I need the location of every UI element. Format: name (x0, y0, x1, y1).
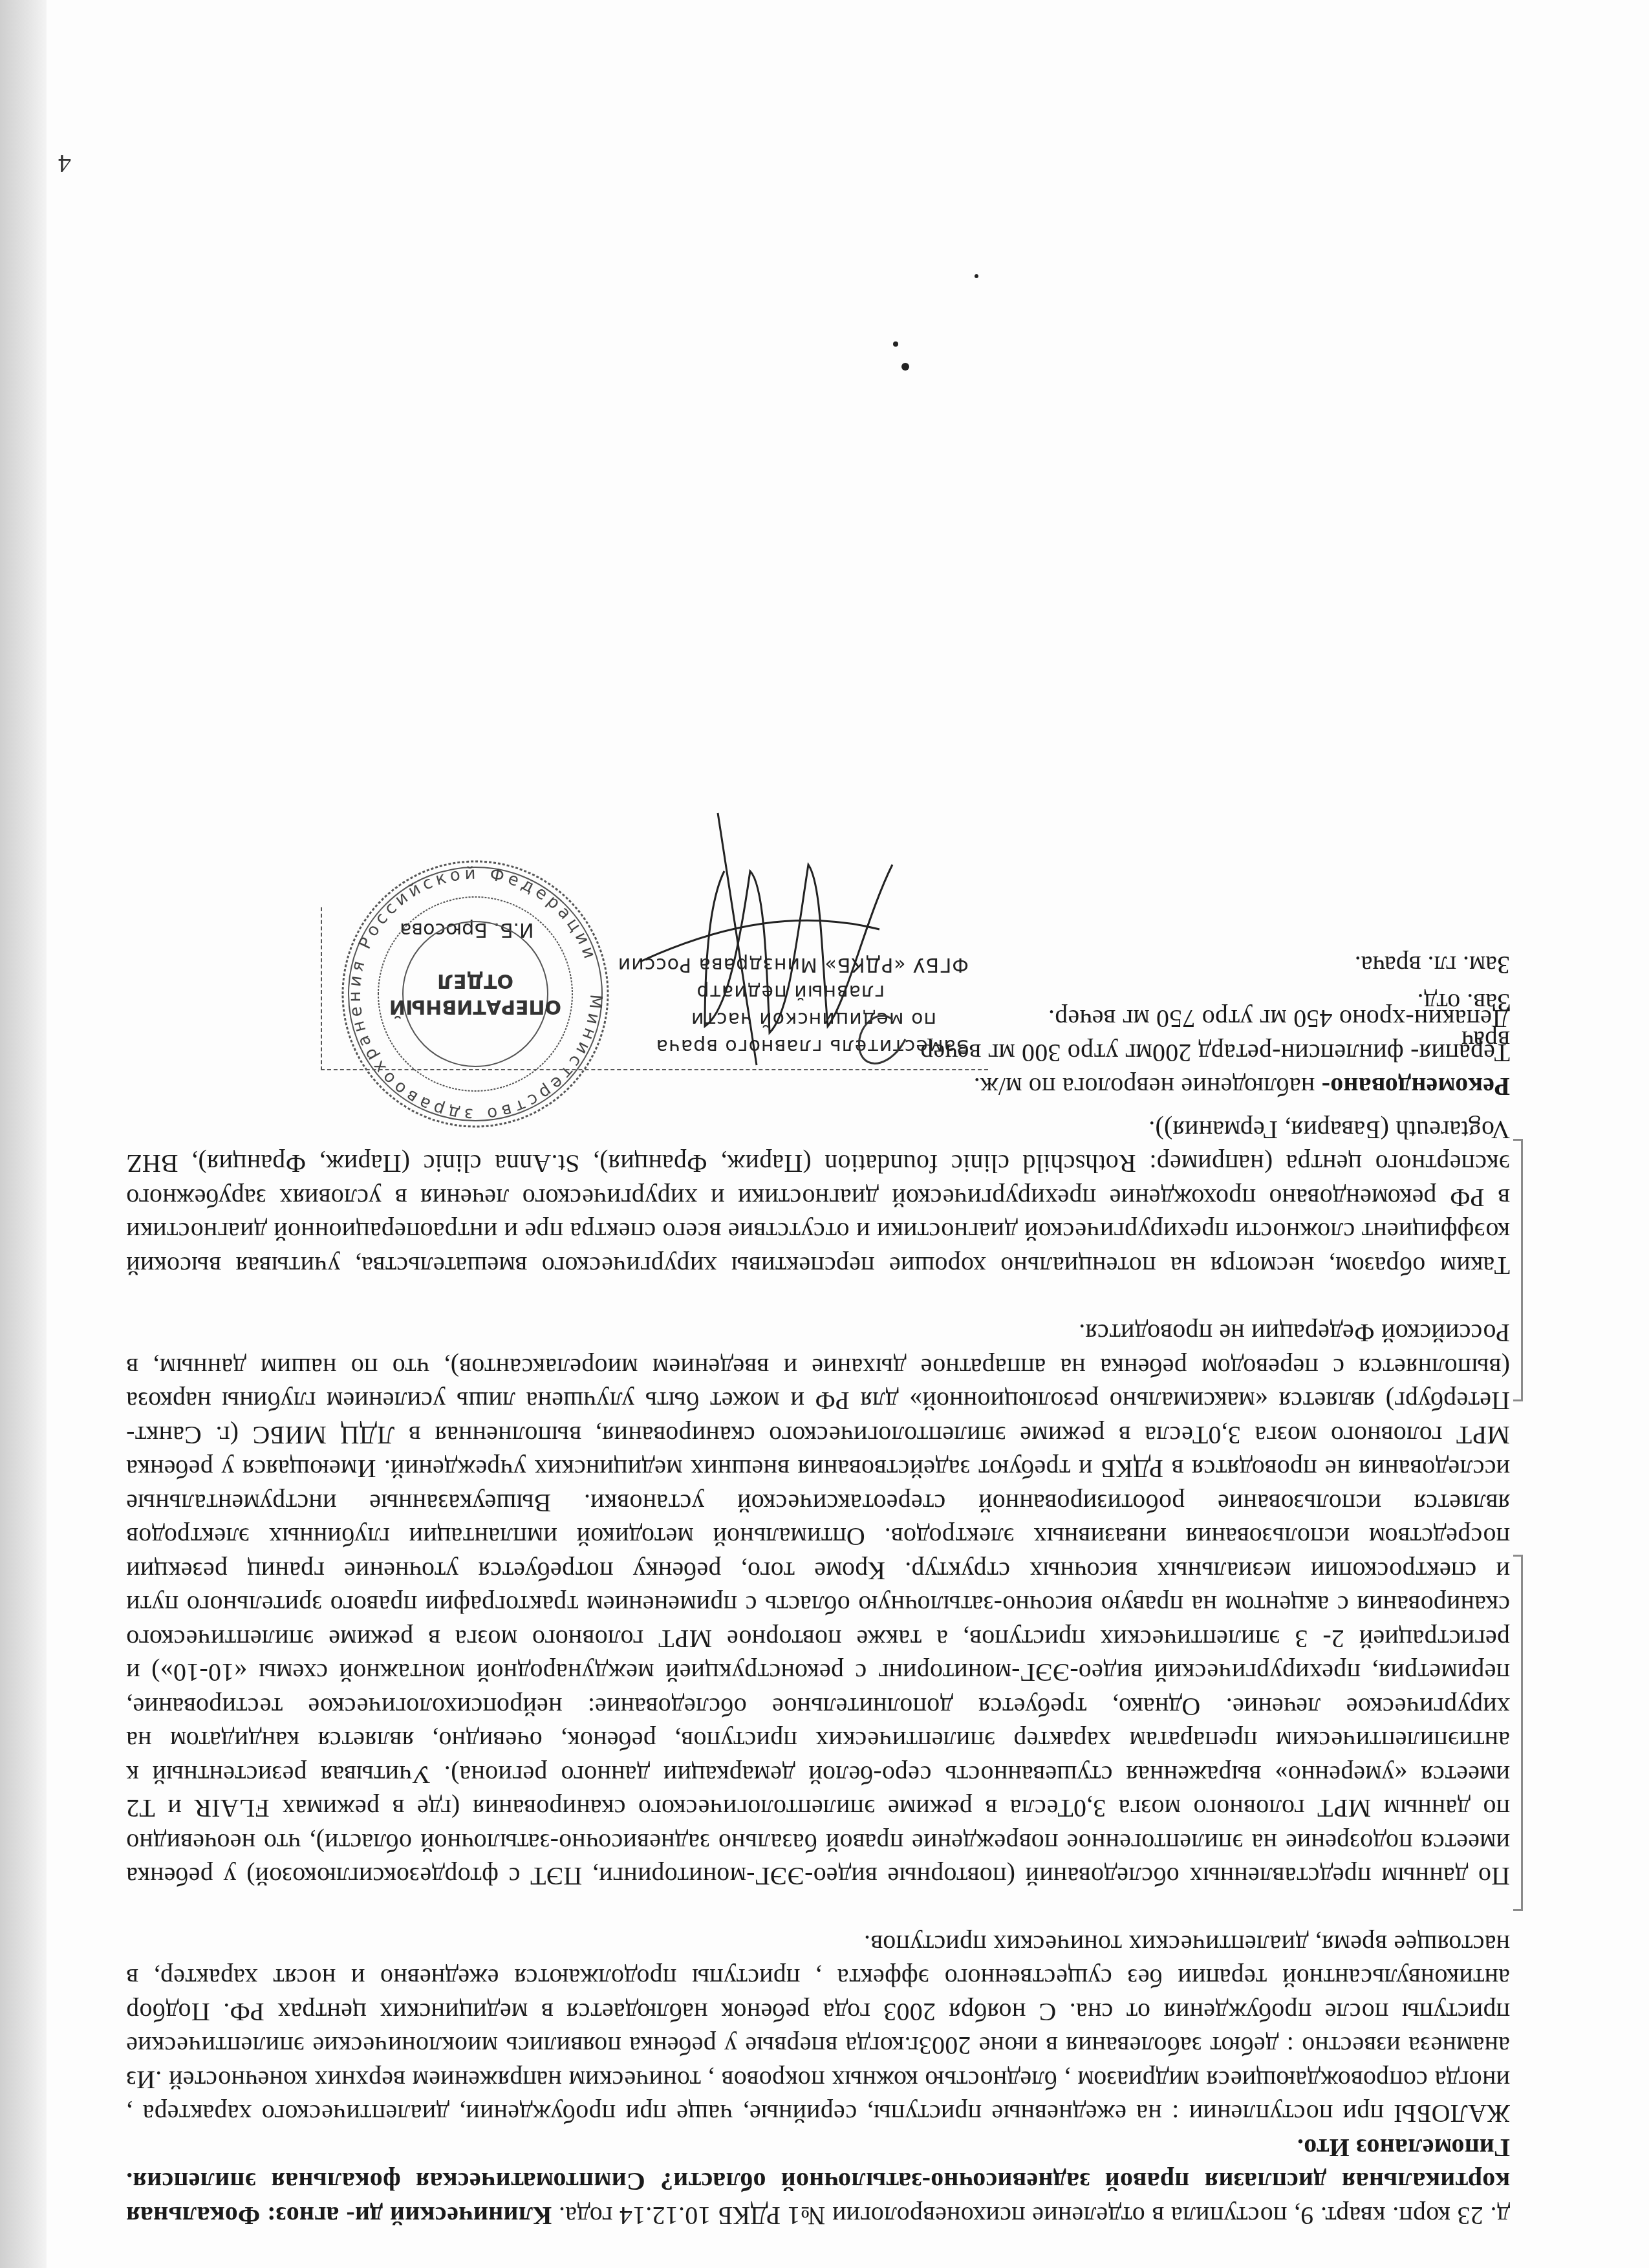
recommendations-title: Рекомендовано- (1322, 1073, 1510, 1102)
role-doctor: врач (1355, 1021, 1510, 1059)
conclusion-paragraph: Таким образом, несмотря на потенциально … (126, 1113, 1510, 1283)
findings-paragraph: По данным представленных обследований (п… (126, 1316, 1510, 1894)
handwritten-signature-icon (608, 806, 918, 1078)
margin-bracket-conclusion (1513, 1139, 1523, 1401)
svg-text:Министерство здравоохранения Р: Министерство здравоохранения Российской … (345, 864, 606, 1124)
signature-roles: врач Зав. отд. Зам. гл. врача. (1355, 946, 1510, 1059)
round-seal-icon: Министерство здравоохранения Российской … (336, 855, 614, 1133)
seal-ring-text: Министерство здравоохранения Российской … (345, 864, 606, 1124)
document-page: д. 23 корп. кварт. 9, поступила в отделе… (0, 0, 1649, 2268)
scanned-page: д. 23 корп. кварт. 9, поступила в отделе… (0, 0, 1649, 2268)
role-deputy-chief: Зам. гл. врача. (1355, 946, 1510, 984)
header-line: д. 23 корп. кварт. 9, поступила в отделе… (559, 2201, 1510, 2230)
seal-center-text-1: ОПЕРАТИВНЫЙ (389, 995, 561, 1019)
page-number: 4 (58, 149, 71, 179)
document-body: д. 23 корп. кварт. 9, поступила в отделе… (126, 1002, 1510, 2232)
diagnosis-label: Клинический ди- (346, 2201, 552, 2230)
complaints-label: ЖАЛОБЫ при поступлении : (1172, 2100, 1510, 2129)
header-paragraph: д. 23 корп. кварт. 9, поступила в отделе… (126, 2131, 1510, 2233)
margin-bracket-findings (1513, 1555, 1523, 1911)
complaints-paragraph: ЖАЛОБЫ при поступлении : на ежедневные п… (126, 1927, 1510, 2131)
scan-dots (873, 263, 1002, 393)
seal-center-text-2: ОТДЕЛ (437, 969, 513, 992)
role-head-department: Зав. отд. (1355, 984, 1510, 1021)
